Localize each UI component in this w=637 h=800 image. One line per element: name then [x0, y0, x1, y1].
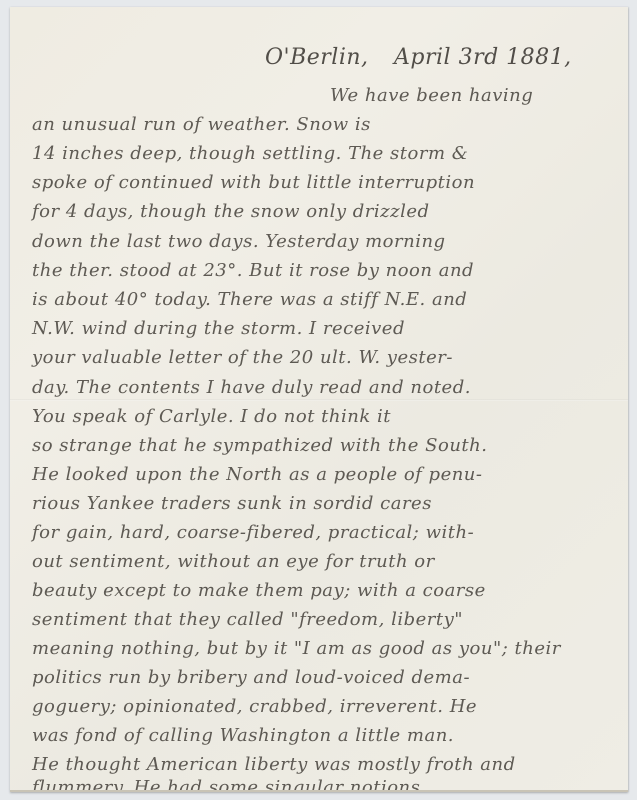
letter-line: beauty except to make them pay; with a c…	[32, 580, 628, 601]
letter-line: is about 40° today. There was a stiff N.…	[32, 289, 628, 310]
letter-heading: O'Berlin, April 3rd 1881,	[265, 45, 628, 70]
letter-line: for gain, hard, coarse-fibered, practica…	[32, 522, 628, 543]
letter-line: so strange that he sympathized with the …	[32, 435, 628, 456]
letter-line: sentiment that they called "freedom, lib…	[32, 609, 628, 630]
paper-fold	[10, 399, 628, 401]
letter-page: O'Berlin, April 3rd 1881, We have been h…	[10, 7, 628, 792]
letter-line: an unusual run of weather. Snow is	[32, 114, 628, 135]
letter-line: 14 inches deep, though settling. The sto…	[32, 143, 628, 164]
heading-date: April 3rd 1881,	[394, 45, 572, 70]
letter-line: We have been having	[330, 85, 628, 106]
heading-place: O'Berlin,	[265, 45, 369, 70]
letter-line: down the last two days. Yesterday mornin…	[32, 231, 628, 252]
letter-line: meaning nothing, but by it "I am as good…	[32, 638, 628, 659]
letter-line: flummery. He had some singular notions	[32, 777, 628, 792]
letter-line: out sentiment, without an eye for truth …	[32, 551, 628, 572]
letter-line: spoke of continued with but little inter…	[32, 172, 628, 193]
letter-line: your valuable letter of the 20 ult. W. y…	[32, 347, 628, 368]
letter-line: goguery; opinionated, crabbed, irreveren…	[32, 696, 628, 717]
letter-line: He looked upon the North as a people of …	[32, 464, 628, 485]
letter-line: You speak of Carlyle. I do not think it	[32, 406, 628, 427]
letter-line: the ther. stood at 23°. But it rose by n…	[32, 260, 628, 281]
letter-line: N.W. wind during the storm. I received	[32, 318, 628, 339]
letter-line: was fond of calling Washington a little …	[32, 725, 628, 746]
letter-line: rious Yankee traders sunk in sordid care…	[32, 493, 628, 514]
letter-line: day. The contents I have duly read and n…	[32, 377, 628, 398]
letter-line: for 4 days, though the snow only drizzle…	[32, 201, 628, 222]
letter-line: He thought American liberty was mostly f…	[32, 754, 628, 775]
letter-line: politics run by bribery and loud-voiced …	[32, 667, 628, 688]
